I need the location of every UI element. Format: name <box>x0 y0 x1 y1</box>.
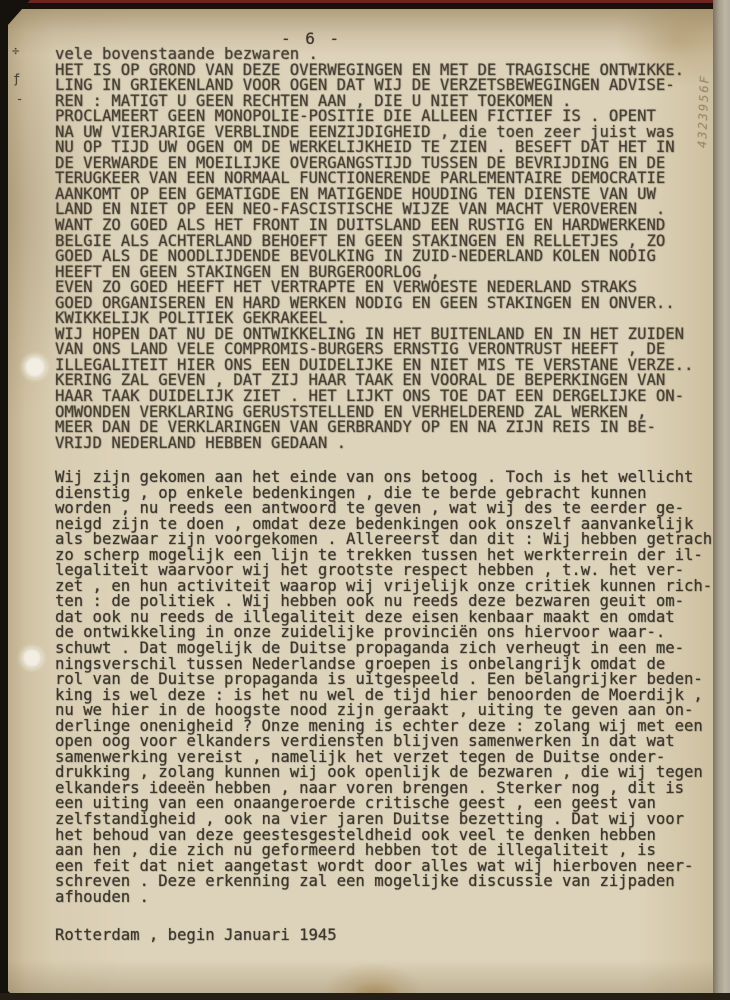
typed-paragraph-block: Wij zijn gekomen aan het einde van ons b… <box>55 470 712 905</box>
text-line: afhouden . <box>55 890 712 906</box>
margin-mark-2: ƒ <box>13 72 20 86</box>
margin-mark-1: ÷ <box>12 44 19 58</box>
text-line: VRIJD NEDERLAND HEBBEN GEDAAN . <box>55 436 693 452</box>
scan-bottom-edge <box>0 993 730 1000</box>
scanned-document-page: - 6 - vele bovenstaande bezwaren .HET IS… <box>0 0 730 1000</box>
typed-capitals-block: vele bovenstaande bezwaren .HET IS OP GR… <box>55 47 693 451</box>
paper-bottom-aging-shade <box>8 960 713 993</box>
punch-hole-bottom <box>22 648 42 668</box>
scan-top-edge <box>0 0 730 3</box>
scan-right-edge <box>713 0 730 1000</box>
margin-mark-3: - <box>16 92 23 106</box>
text-line: schreven . Deze erkenning zal een mogeli… <box>55 874 712 890</box>
scan-corner-top-left <box>0 0 30 34</box>
dateline: Rotterdam , begin Januari 1945 <box>55 928 337 944</box>
punch-hole-top <box>24 356 46 378</box>
